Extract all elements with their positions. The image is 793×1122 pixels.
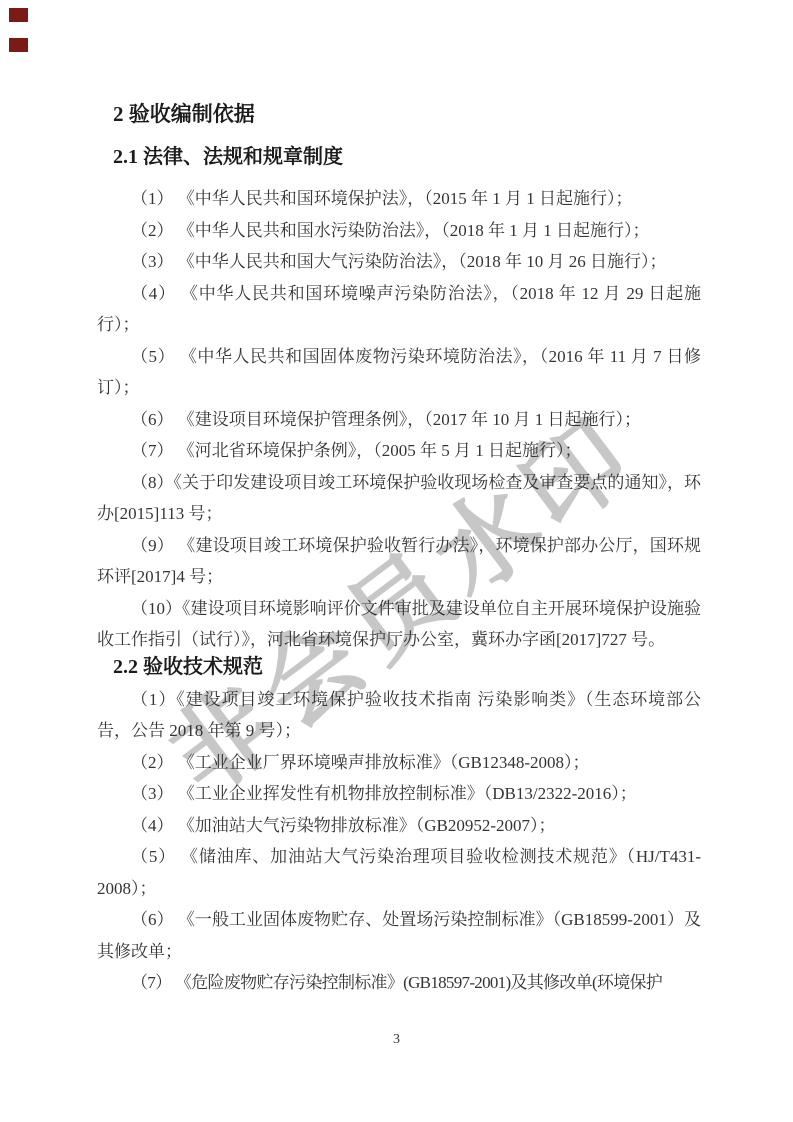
list-item: （4） 《加油站大气污染物排放标准》（GB20952-2007）；	[97, 810, 701, 842]
chapter-heading: 2 验收编制依据	[113, 101, 701, 127]
list-item-cut-off-at-page-end: （7） 《危险废物贮存污染控制标准》(GB18597-2001)及其修改单(环境…	[97, 967, 701, 999]
corner-mark-top	[9, 8, 28, 22]
list-item: （5） 《中华人民共和国固体废物污染环境防治法》，（2016 年 11 月 7 …	[97, 341, 701, 404]
section-2-1-item-list: （1） 《中华人民共和国环境保护法》，（2015 年 1 月 1 日起施行）； …	[97, 183, 701, 656]
section-heading-2-1: 2.1 法律、法规和规章制度	[113, 144, 701, 170]
page-number: 3	[0, 1031, 793, 1049]
list-item: （8）《关于印发建设项目竣工环境保护验收现场检查及审查要点的通知》，环办[201…	[97, 467, 701, 530]
list-item: （9） 《建设项目竣工环境保护验收暂行办法》，环境保护部办公厅，国环规环评[20…	[97, 530, 701, 593]
page-content: 2 验收编制依据 2.1 法律、法规和规章制度 （1） 《中华人民共和国环境保护…	[97, 0, 701, 999]
list-item: （3） 《中华人民共和国大气污染防治法》，（2018 年 10 月 26 日施行…	[97, 246, 701, 278]
section-heading-2-2: 2.2 验收技术规范	[113, 654, 701, 680]
list-item: （3） 《工业企业挥发性有机物排放控制标准》（DB13/2322-2016）；	[97, 778, 701, 810]
list-item: （10）《建设项目环境影响评价文件审批及建设单位自主开展环境保护设施验收工作指引…	[97, 593, 701, 656]
list-item: （2） 《工业企业厂界环境噪声排放标准》（GB12348-2008）；	[97, 747, 701, 779]
corner-mark-bottom	[9, 38, 28, 52]
list-item: （2） 《中华人民共和国水污染防治法》，（2018 年 1 月 1 日起施行）；	[97, 215, 701, 247]
list-item: （1）《建设项目竣工环境保护验收技术指南 污染影响类》（生态环境部公告，公告 2…	[97, 684, 701, 747]
list-item: （6） 《一般工业固体废物贮存、处置场污染控制标准》（GB18599-2001）…	[97, 904, 701, 967]
document-page: 非会员水印 2 验收编制依据 2.1 法律、法规和规章制度 （1） 《中华人民共…	[0, 0, 793, 1122]
list-item: （5） 《储油库、加油站大气污染治理项目验收检测技术规范》（HJ/T431-20…	[97, 841, 701, 904]
list-item: （6） 《建设项目环境保护管理条例》，（2017 年 10 月 1 日起施行）；	[97, 404, 701, 436]
list-item: （4） 《中华人民共和国环境噪声污染防治法》，（2018 年 12 月 29 日…	[97, 278, 701, 341]
list-item: （7） 《河北省环境保护条例》，（2005 年 5 月 1 日起施行）；	[97, 435, 701, 467]
list-item: （1） 《中华人民共和国环境保护法》，（2015 年 1 月 1 日起施行）；	[97, 183, 701, 215]
section-2-2-item-list: （1）《建设项目竣工环境保护验收技术指南 污染影响类》（生态环境部公告，公告 2…	[97, 684, 701, 999]
